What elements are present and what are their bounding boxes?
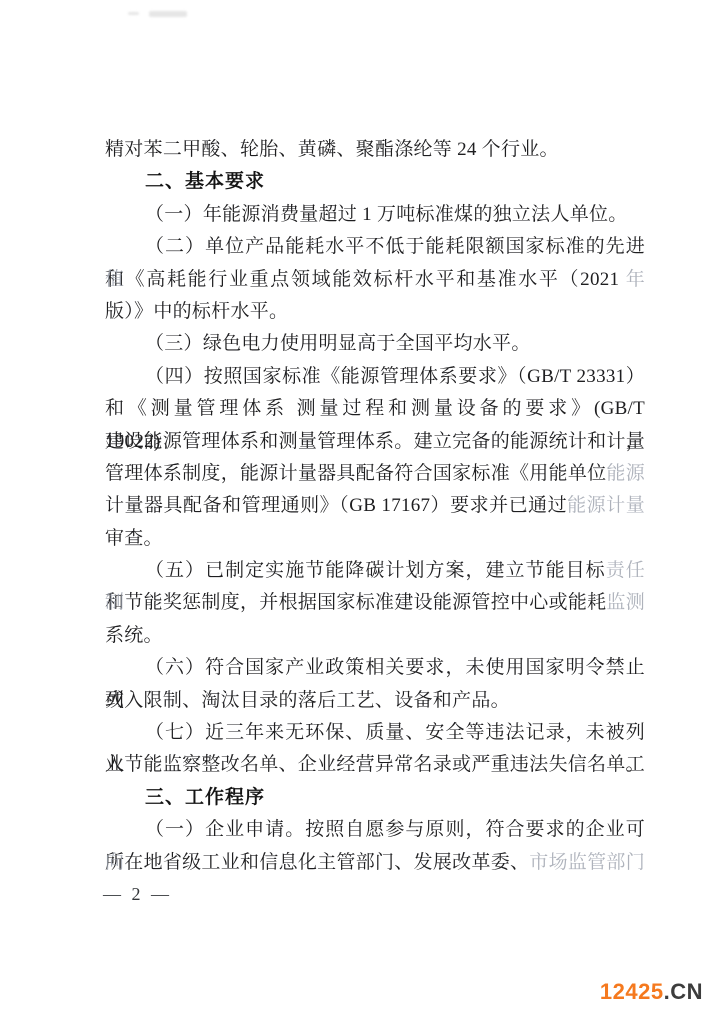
text-segment: 所在地省级工业和信息化主管部门、发展改革委、 [105, 852, 529, 873]
text-segment: （一）企业申请。按照自愿参与原则，符合要求的企业可 [145, 819, 645, 840]
text-line: 业节能监察整改名单、企业经营异常名录或严重违法失信名单。 [105, 749, 645, 781]
text-segment: 列入限制、淘汰目录的落后工艺、设备和产品。 [105, 690, 510, 711]
text-line: （七）近三年来无环保、质量、安全等违法记录，未被列入工 [105, 717, 645, 749]
text-line: 所在地省级工业和信息化主管部门、发展改革委、市场监管部门 [105, 847, 645, 879]
text-line: 版）》中的标杆水平。 [105, 296, 645, 328]
text-line: 计量器具配备和管理通则》（GB 17167）要求并已通过能源计量 [105, 490, 645, 522]
text-line: （三）绿色电力使用明显高于全国平均水平。 [105, 328, 645, 360]
pencil-mark [149, 11, 187, 17]
text-segment: （五）已制定实施节能降碳计划方案，建立节能目标 [145, 560, 606, 581]
text-segment: 值 [105, 269, 124, 290]
text-line: 系统。 [105, 620, 645, 652]
text-segment: 监测 [606, 592, 645, 613]
text-segment: 系统。 [105, 625, 163, 646]
text-segment: 管理体系制度，能源计量器具配备符合国家标准《用能单位 [105, 463, 606, 484]
text-line: （一）企业申请。按照自愿参与原则，符合要求的企业可向 [105, 814, 645, 846]
watermark: 12425.CN [600, 979, 703, 1005]
text-segment: （四）按照国家标准《能源管理体系要求》（GB/T 23331） [145, 366, 645, 387]
text-segment: （三）绿色电力使用明显高于全国平均水平。 [145, 333, 531, 354]
text-segment: 和《高耗能行业重点领域能效标杆水平和基准水平（2021 [105, 269, 626, 290]
text-line: 管理体系制度，能源计量器具配备符合国家标准《用能单位能源 [105, 458, 645, 490]
text-segment: 向 [105, 852, 124, 873]
text-segment: 三、工作程序 [145, 787, 265, 808]
section-heading: 三、工作程序 [105, 782, 645, 814]
text-line: 精对苯二甲酸、轮胎、黄磷、聚酯涤纶等 24 个行业。 [105, 134, 645, 166]
text-segment: 能源 [606, 463, 645, 484]
text-line: （一）年能源消费量超过 1 万吨标准煤的独立法人单位。 [105, 199, 645, 231]
document-body: 精对苯二甲酸、轮胎、黄磷、聚酯涤纶等 24 个行业。二、基本要求（一）年能源消费… [105, 134, 645, 879]
text-line: （六）符合国家产业政策相关要求，未使用国家明令禁止或 [105, 652, 645, 684]
text-line: 和《高耗能行业重点领域能效标杆水平和基准水平（2021 年 [105, 264, 645, 296]
text-segment: 计量器具配备和管理通则》（GB 17167）要求并已通过 [105, 495, 567, 516]
text-line: 和节能奖惩制度，并根据国家标准建设能源管控中心或能耗监测 [105, 587, 645, 619]
text-line: 审查。 [105, 523, 645, 555]
text-line: （二）单位产品能耗水平不低于能耗限额国家标准的先进值 [105, 231, 645, 263]
section-heading: 二、基本要求 [105, 166, 645, 198]
text-line: 列入限制、淘汰目录的落后工艺、设备和产品。 [105, 685, 645, 717]
page-number: — 2 — [103, 884, 172, 905]
watermark-domain: .CN [664, 979, 703, 1004]
text-segment: 审查。 [105, 528, 163, 549]
text-line: 和《测量管理体系 测量过程和测量设备的要求》(GB/T 19022)， [105, 393, 645, 425]
text-segment: 精对苯二甲酸、轮胎、黄磷、聚酯涤纶等 24 个行业。 [105, 139, 559, 160]
watermark-number: 12425 [600, 979, 664, 1004]
text-segment: 业节能监察整改名单、企业经营异常名录或严重违法失信名单。 [105, 754, 645, 775]
text-segment: 版）》中的标杆水平。 [105, 301, 288, 322]
text-segment: 二、基本要求 [145, 171, 265, 192]
text-segment: 和节能奖惩制度，并根据国家标准建设能源管控中心或能耗 [105, 592, 606, 613]
document-page: 精对苯二甲酸、轮胎、黄磷、聚酯涤纶等 24 个行业。二、基本要求（一）年能源消费… [0, 0, 720, 1017]
text-segment: （一）年能源消费量超过 1 万吨标准煤的独立法人单位。 [145, 204, 628, 225]
text-segment: 能源计量 [567, 495, 645, 516]
text-segment: 市场监管部门 [529, 852, 645, 873]
text-segment: 年 [626, 269, 645, 290]
text-line: （五）已制定实施节能降碳计划方案，建立节能目标责任制 [105, 555, 645, 587]
text-segment: （二）单位产品能耗水平不低于能耗限额国家标准的先进 [145, 236, 645, 257]
pencil-mark [128, 12, 139, 15]
text-line: （四）按照国家标准《能源管理体系要求》（GB/T 23331） [105, 361, 645, 393]
text-line: 建设能源管理体系和测量管理体系。建立完备的能源统计和计量 [105, 426, 645, 458]
text-segment: 建设能源管理体系和测量管理体系。建立完备的能源统计和计量 [105, 431, 645, 452]
